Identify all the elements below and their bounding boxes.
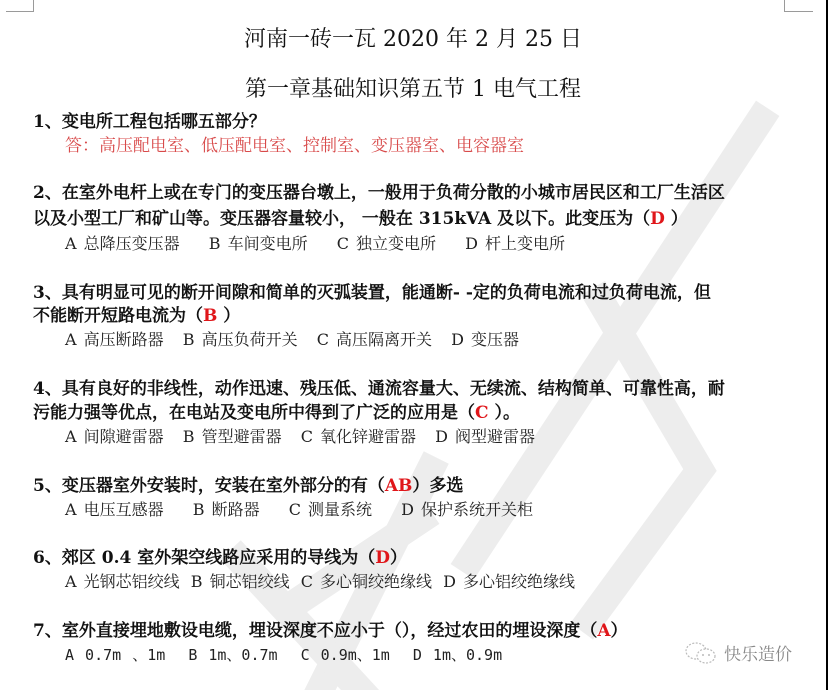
option-a: A 高压断路器 xyxy=(65,330,164,349)
question-2-options: A 总降压变压器 B 车间变电所 C 独立变电所 D 杆上变电所 xyxy=(65,232,577,256)
option-d: D 阀型避雷器 xyxy=(435,427,535,446)
question-text: 不能断开短路电流为（ xyxy=(33,306,203,326)
question-3-options: A 高压断路器 B 高压负荷开关 C 高压隔离开关 D 变压器 xyxy=(65,328,531,352)
option-d: D 1m、0.9m xyxy=(413,646,502,664)
answer-key: A xyxy=(597,621,610,641)
question-text: 变压器室外安装时，安装在室外部分的有（ xyxy=(62,476,385,496)
question-text: 在室外电杆上或在专门的变压器台墩上，一般用于负荷分散的小城市居民区和工厂生活区 xyxy=(62,183,725,203)
option-b: B 管型避雷器 xyxy=(183,427,282,446)
answer-key: B xyxy=(203,306,217,326)
question-text: 污能力强等优点，在电站及变电所中得到了广泛的应用是（ xyxy=(33,403,475,423)
question-text: 具有良好的非线性，动作迅速、残压低、通流容量大、无续流、结构简单、可靠性高，耐 xyxy=(62,379,725,399)
answer-key: C xyxy=(475,403,489,423)
answer-key: AB xyxy=(385,476,413,496)
question-3-line2: 不能断开短路电流为（B ） xyxy=(33,304,240,328)
document-title-chapter: 第一章基础知识第五节 1 电气工程 xyxy=(0,72,826,103)
question-number: 7、 xyxy=(33,621,62,641)
option-d: D 保护系统开关柜 xyxy=(401,500,533,519)
question-7: 7、室外直接埋地敷设电缆，埋设深度不应小于（），经过农田的埋设深度（A） xyxy=(33,619,628,643)
question-text: 具有明显可见的断开间隙和简单的灭弧装置，能通断- -定的负荷电流和过负荷电流，但 xyxy=(62,283,711,303)
option-a: A 光钢芯铝绞线 xyxy=(65,572,180,591)
page-corner-mark xyxy=(6,0,34,12)
question-number: 1、 xyxy=(33,112,62,132)
option-c: C 独立变电所 xyxy=(337,234,436,253)
question-7-options: A 0.7m 、1m B 1m、0.7m C 0.9m、1m D 1m、0.9m xyxy=(65,643,514,667)
option-c: C 测量系统 xyxy=(289,500,372,519)
document-page: 河南一砖一瓦 2020 年 2 月 25 日 第一章基础知识第五节 1 电气工程… xyxy=(0,0,826,690)
option-d: D 杆上变电所 xyxy=(465,234,565,253)
answer-key: D xyxy=(375,548,390,568)
option-a: A 间隙避雷器 xyxy=(65,427,164,446)
question-text: 以及小型工厂和矿山等。变压器容量较小， 一般在 315kVA 及以下。此变压为（ xyxy=(33,209,650,229)
question-4: 4、具有良好的非线性，动作迅速、残压低、通流容量大、无续流、结构简单、可靠性高，… xyxy=(33,377,725,401)
option-b: B 铜芯铝绞线 xyxy=(191,572,290,591)
question-number: 4、 xyxy=(33,379,62,399)
question-5-options: A 电压互感器 B 断路器 C 测量系统 D 保护系统开关柜 xyxy=(65,498,545,522)
question-number: 6、 xyxy=(33,548,62,568)
option-d: D 多心铝绞绝缘线 xyxy=(443,572,575,591)
answer-key: D xyxy=(650,209,665,229)
option-d: D 变压器 xyxy=(451,330,519,349)
question-text: 郊区 0.4 室外架空线路应采用的导线为（ xyxy=(62,548,375,568)
question-number: 2、 xyxy=(33,183,62,203)
option-c: C 多心铜绞绝缘线 xyxy=(301,572,432,591)
question-1-answer: 答：高压配电室、低压配电室、控制室、变压器室、电容器室 xyxy=(65,134,524,158)
option-c: C 0.9m、1m xyxy=(301,646,390,664)
wechat-icon xyxy=(684,641,718,665)
question-1: 1、变电所工程包括哪五部分？ xyxy=(33,110,266,134)
question-4-line2: 污能力强等优点，在电站及变电所中得到了广泛的应用是（C ）。 xyxy=(33,401,520,425)
question-2-line2: 以及小型工厂和矿山等。变压器容量较小， 一般在 315kVA 及以下。此变压为（… xyxy=(33,207,688,231)
question-text: 室外直接埋地敷设电缆，埋设深度不应小于（），经过农田的埋设深度（ xyxy=(62,621,598,641)
option-a: A 总降压变压器 xyxy=(65,234,180,253)
brand-name: 快乐造价 xyxy=(724,640,792,665)
question-2: 2、在室外电杆上或在专门的变压器台墩上，一般用于负荷分散的小城市居民区和工厂生活… xyxy=(33,181,725,205)
question-number: 5、 xyxy=(33,476,62,496)
question-text: 变电所工程包括哪五部分？ xyxy=(62,112,266,132)
option-c: C 高压隔离开关 xyxy=(317,330,432,349)
option-a: A 电压互感器 xyxy=(65,500,164,519)
option-b: B 车间变电所 xyxy=(209,234,308,253)
option-c: C 氧化锌避雷器 xyxy=(301,427,416,446)
page-corner-mark xyxy=(784,0,813,12)
question-6-options: A 光钢芯铝绞线 B 铜芯铝绞线 C 多心铜绞绝缘线 D 多心铝绞绝缘线 xyxy=(65,570,587,594)
question-3: 3、具有明显可见的断开间隙和简单的灭弧装置，能通断- -定的负荷电流和过负荷电流… xyxy=(33,281,711,305)
option-b: B 1m、0.7m xyxy=(188,646,277,664)
document-title-date: 河南一砖一瓦 2020 年 2 月 25 日 xyxy=(0,22,826,53)
option-b: B 高压负荷开关 xyxy=(183,330,298,349)
question-4-options: A 间隙避雷器 B 管型避雷器 C 氧化锌避雷器 D 阀型避雷器 xyxy=(65,425,547,449)
question-number: 3、 xyxy=(33,283,62,303)
question-5: 5、变压器室外安装时，安装在室外部分的有（AB）多选 xyxy=(33,474,463,498)
brand-watermark: 快乐造价 xyxy=(684,640,792,665)
option-b: B 断路器 xyxy=(193,500,260,519)
question-6: 6、郊区 0.4 室外架空线路应采用的导线为（D） xyxy=(33,546,407,570)
option-a: A 0.7m 、1m xyxy=(65,646,165,664)
